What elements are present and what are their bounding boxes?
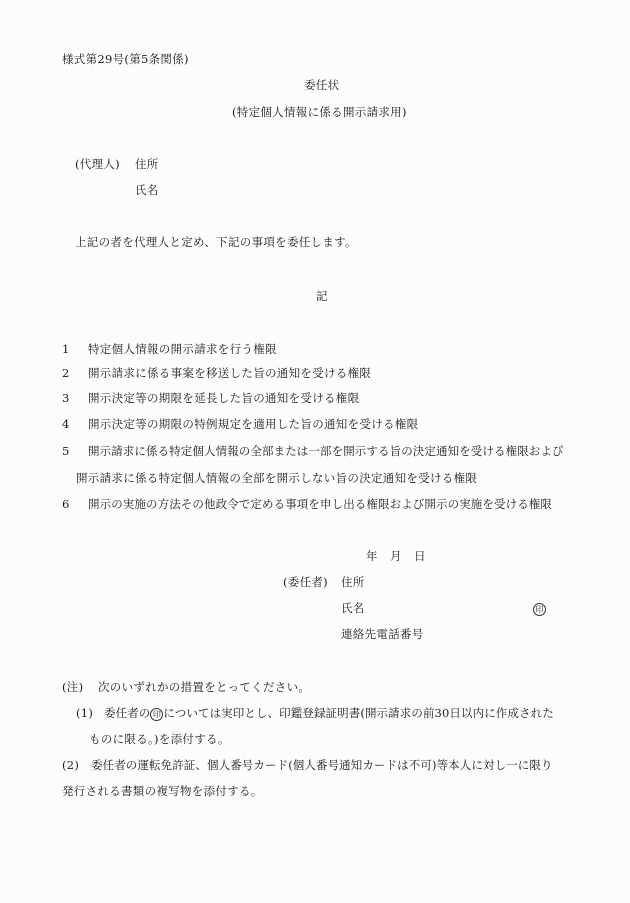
document-title: 委任状	[304, 78, 339, 92]
agent-address-label: 住所	[135, 157, 159, 171]
principal-label: (委任者)	[283, 575, 328, 589]
ki-heading: 記	[316, 289, 328, 303]
agent-name-label: 氏名	[135, 183, 159, 197]
date-month: 月	[390, 549, 402, 563]
document-subtitle: (特定個人情報に係る開示請求用)	[232, 105, 407, 119]
date-day: 日	[414, 549, 426, 563]
body-text: 上記の者を代理人と定め、下記の事項を委任します。	[75, 235, 357, 249]
principal-address-label: 住所	[341, 575, 365, 589]
note-2-continuation: 発行される書類の複写物を添付する。	[62, 784, 263, 798]
list-item: 1特定個人情報の開示請求を行う権限	[62, 342, 277, 356]
list-item: 6開示の実施の方法その他政令で定める事項を申し出る権限および開示の実施を受ける権…	[62, 497, 552, 511]
note-1-continuation: ものに限る。)を添付する。	[89, 732, 230, 746]
principal-phone-label: 連絡先電話番号	[341, 627, 424, 641]
list-item: 4開示決定等の期限の特例規定を適用した旨の通知を受ける権限	[62, 417, 418, 431]
note-2-text: 委任者の運転免許証、個人番号カード(個人番号通知カードは不可)等本人に対し一に限…	[91, 758, 553, 772]
date-year: 年	[366, 549, 378, 563]
notes-intro: 次のいずれかの措置をとってください。	[98, 680, 310, 694]
principal-name-label: 氏名	[341, 601, 365, 615]
note-2-number: (2)	[62, 758, 79, 772]
notes-heading: (注)	[62, 680, 83, 694]
note-1-text: 委任者の印については実印とし、印鑑登録証明書(開示請求の前30日以内に作成された	[104, 706, 554, 721]
form-number: 様式第29号(第5条関係)	[62, 52, 189, 66]
note-1-number: (1)	[76, 706, 93, 720]
seal-mark-icon: 印	[150, 708, 163, 721]
list-item: 3開示決定等の期限を延長した旨の通知を受ける権限	[62, 391, 359, 405]
list-item: 2開示請求に係る事案を移送した旨の通知を受ける権限	[62, 366, 371, 380]
seal-mark-icon: 印	[533, 601, 546, 616]
list-item-continuation: 開示請求に係る特定個人情報の全部を開示しない旨の決定通知を受ける権限	[76, 471, 477, 485]
agent-label: (代理人)	[75, 157, 120, 171]
list-item: 5開示請求に係る特定個人情報の全部または一部を開示する旨の決定通知を受ける権限お…	[62, 444, 564, 458]
